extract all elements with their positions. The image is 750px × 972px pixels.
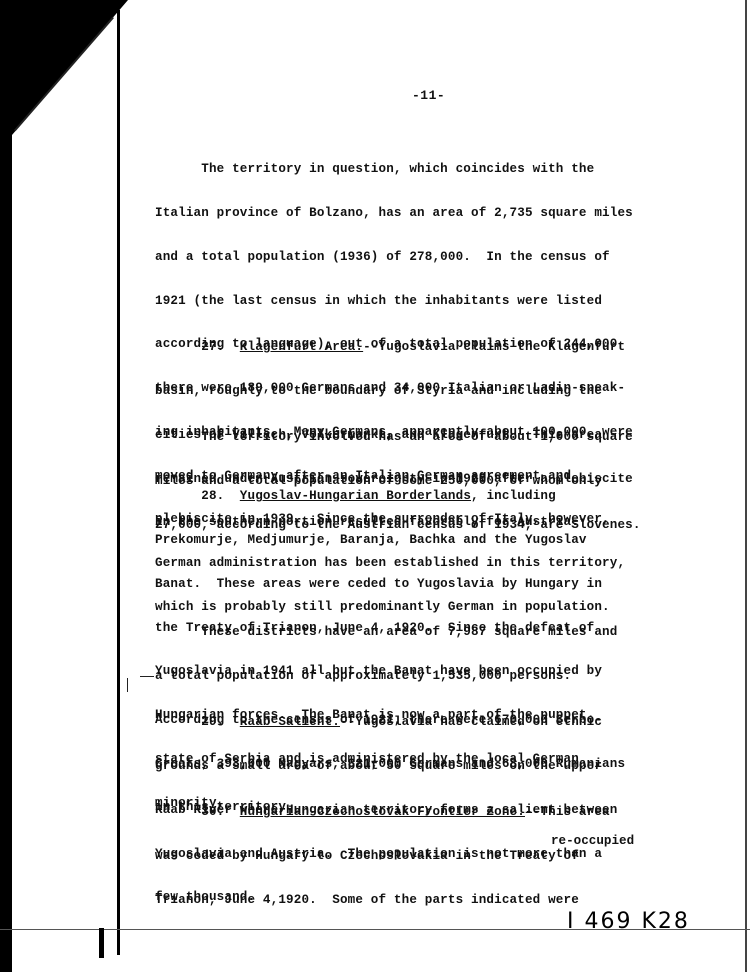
section-30-hungarian-czechoslovak-frontier-zone: 30. Hungarian-Czechoslovak Frontier Zone… bbox=[155, 776, 715, 922]
page-bottom-tick bbox=[99, 928, 104, 958]
text-line: Prekomurje, Medjumurje, Baranja, Bachka … bbox=[155, 533, 715, 548]
section-number: 28. bbox=[201, 489, 224, 503]
section-heading: Raab Salient. bbox=[240, 715, 340, 729]
text-line: basin, roughly to the boundary of Styria… bbox=[155, 384, 715, 399]
section-heading-rest: --Yugoslavia has claimed on ethnic bbox=[340, 715, 602, 729]
scan-shadow-corner bbox=[0, 0, 128, 972]
text-line: The territory involved has an area of ab… bbox=[155, 430, 715, 445]
text-line: These districts have an area of 7,987 sq… bbox=[155, 625, 715, 640]
page-right-edge-line bbox=[745, 0, 747, 972]
section-heading-line: 28. Yugoslav-Hungarian Borderlands, incl… bbox=[155, 489, 715, 504]
section-number: 29. bbox=[201, 715, 224, 729]
text-line: grounds a small area of about 50 square … bbox=[155, 759, 715, 774]
section-heading: Hungarian-Czechoslovak Frontier Zone. bbox=[240, 805, 525, 819]
catchword: re-occupied bbox=[551, 834, 634, 848]
section-heading-line: 30. Hungarian-Czechoslovak Frontier Zone… bbox=[155, 805, 715, 820]
text-line: and a total population (1936) of 278,000… bbox=[155, 250, 715, 265]
text-line: Italian province of Bolzano, has an area… bbox=[155, 206, 715, 221]
scan-shadow-left-edge bbox=[0, 0, 6, 972]
text-line: The territory in question, which coincid… bbox=[155, 162, 715, 177]
section-number: 27. bbox=[201, 340, 224, 354]
text-line: 1921 (the last census in which the inhab… bbox=[155, 294, 715, 309]
section-heading: Klagenfurt Area. bbox=[240, 340, 363, 354]
margin-dash bbox=[140, 676, 154, 677]
margin-mark bbox=[127, 678, 128, 692]
text-line: was ceded by Hungary to Czechoslovakia i… bbox=[155, 849, 715, 864]
section-number: 30. bbox=[201, 805, 224, 819]
section-heading-line: 27. Klagenfurt Area.--Yugoslavia claims … bbox=[155, 340, 715, 355]
text-line: a total population of approximately 1,53… bbox=[155, 669, 715, 684]
text-line: Banat. These areas were ceded to Yugosla… bbox=[155, 577, 715, 592]
section-heading-rest: --Yugoslavia claims the Klagenfurt bbox=[363, 340, 625, 354]
handwritten-archive-mark: I 469 K28 bbox=[567, 909, 690, 934]
section-heading-rest: --This area bbox=[525, 805, 610, 819]
section-heading-line: 29. Raab Salient.--Yugoslavia has claime… bbox=[155, 715, 715, 730]
section-heading: Yugoslav-Hungarian Borderlands bbox=[240, 489, 471, 503]
section-heading-rest: , including bbox=[471, 489, 556, 503]
page-left-edge-line bbox=[117, 10, 120, 955]
text-line: Trianon, June 4,1920. Some of the parts … bbox=[155, 893, 715, 908]
page-number: -11- bbox=[412, 88, 445, 103]
